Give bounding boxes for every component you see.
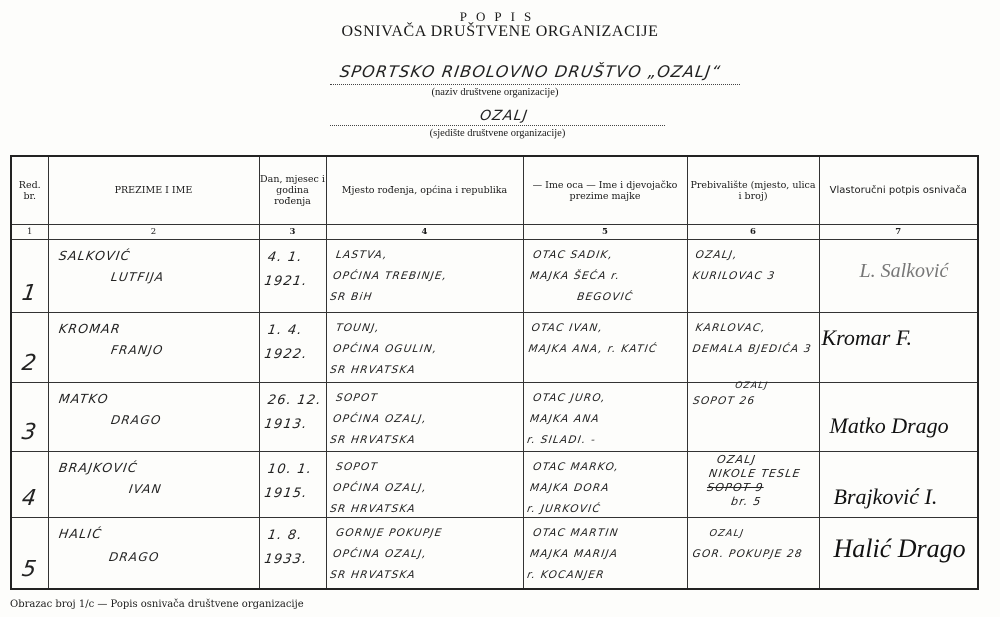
parents-line: OTAC SADIK,: [531, 245, 640, 266]
residence: OZALJNIKOLE TESLESOPOT 9br. 5: [690, 453, 804, 509]
document-subtitle: OSNIVAČA DRUŠTVENE ORGANIZACIJE: [0, 23, 1000, 41]
residence-line: OZALJ: [694, 379, 769, 394]
column-number: 5: [523, 225, 687, 240]
parents-line: OTAC IVAN,: [530, 318, 662, 339]
residence-line: OZALJ,: [694, 245, 780, 266]
table-row: 1 SALKOVIĆLUTFIJA 4. 1.1921. LASTVA,OPĆI…: [11, 240, 978, 313]
parents: OTAC MARTINMAJKA MARIJAr. KOCANJER: [525, 523, 622, 586]
parents-line: r. SILADI. -: [525, 430, 601, 451]
birthplace: TOUNJ,OPĆINA OGULIN,SR HRVATSKA: [328, 318, 441, 381]
parents-line: MAJKA ANA, r. KATIĆ: [527, 339, 659, 360]
birthplace-line: LASTVA,: [334, 245, 451, 266]
column-header-signature: Vlastoručni potpis osnivača: [819, 156, 978, 225]
given-name: IVAN: [128, 482, 163, 496]
birth-day-month: 1. 4.: [266, 319, 313, 343]
birth-day-month: 26. 12.: [266, 389, 323, 413]
signature: L. Salković: [860, 260, 949, 283]
given-name: DRAGO: [110, 413, 162, 427]
row-index: 1: [20, 281, 39, 306]
column-number-row: 1 2 3 4 5 6 7: [11, 225, 978, 240]
birthplace-line: SR HRVATSKA: [328, 360, 435, 381]
birthplace-line: SR HRVATSKA: [328, 430, 425, 451]
birth-date: 4. 1.1921.: [262, 246, 312, 294]
birth-day-month: 1. 8.: [266, 524, 313, 548]
residence-line: DEMALA BJEDIĆA 3: [691, 339, 813, 360]
residence-line: OZALJ: [694, 523, 807, 544]
form-footer: Obrazac broj 1/c — Popis osnivača društv…: [10, 599, 304, 610]
birthplace: GORNJE POKUPJEOPĆINA OZALJ,SR HRVATSKA: [328, 523, 443, 586]
signature: Halić Drago: [834, 534, 966, 564]
surname: HALIĆ: [57, 526, 102, 541]
birthplace-line: OPĆINA OGULIN,: [331, 339, 438, 360]
row-index: 4: [20, 486, 39, 511]
organization-seat-line: [330, 125, 665, 126]
parents-line: OTAC MARTIN: [531, 523, 622, 544]
birth-date: 1. 8.1933.: [262, 524, 312, 572]
surname: KROMAR: [57, 321, 121, 336]
column-header-birthplace: Mjesto rođenja, općina i republika: [326, 156, 523, 225]
column-number: 6: [687, 225, 819, 240]
row-index: 3: [20, 420, 39, 445]
organization-seat: OZALJ: [479, 108, 529, 124]
founders-table: Red. br. PREZIME I IME Dan, mjesec i god…: [10, 155, 979, 590]
given-name: DRAGO: [108, 550, 160, 564]
parents-line: OTAC MARKO,: [531, 457, 620, 478]
birthplace: SOPOTOPĆINA OZALJ,SR HRVATSKA: [328, 388, 431, 451]
parents-line: MAJKA ANA: [528, 409, 604, 430]
birthplace-line: OPĆINA OZALJ,: [331, 544, 440, 565]
birth-year: 1913.: [262, 413, 319, 437]
surname: BRAJKOVIĆ: [57, 460, 138, 475]
residence-line: NIKOLE TESLE: [694, 467, 802, 481]
birthplace: LASTVA,OPĆINA TREBINJE,SR BiH: [328, 245, 451, 308]
birth-day-month: 10. 1.: [266, 458, 314, 482]
column-number: 3: [259, 225, 326, 240]
birth-year: 1921.: [262, 270, 309, 294]
row-index: 2: [20, 351, 39, 376]
column-header-name: PREZIME I IME: [48, 156, 259, 225]
organization-name-line: [330, 84, 740, 85]
signature: Matko Drago: [830, 413, 949, 439]
signature: Kromar F.: [822, 325, 912, 351]
parents: OTAC MARKO,MAJKA DORAr. JURKOVIĆ: [525, 457, 620, 520]
row-index: 5: [20, 557, 39, 582]
table-row: 2 KROMARFRANJO 1. 4.1922. TOUNJ,OPĆINA O…: [11, 313, 978, 383]
parents-line: MAJKA MARIJA: [528, 544, 619, 565]
residence-line: br. 5: [690, 495, 798, 509]
parents-line: OTAC JURO,: [531, 388, 607, 409]
residence: OZALJSOPOT 26: [691, 379, 768, 409]
column-number: 7: [819, 225, 978, 240]
birthplace-line: TOUNJ,: [334, 318, 441, 339]
given-name: LUTFIJA: [110, 270, 165, 284]
birthplace-line: GORNJE POKUPJE: [334, 523, 443, 544]
birth-date: 1. 4.1922.: [262, 319, 312, 367]
column-number: 4: [326, 225, 523, 240]
birthplace-line: OPĆINA TREBINJE,: [331, 266, 448, 287]
birthplace-line: SOPOT: [334, 388, 431, 409]
parents: OTAC JURO,MAJKA ANAr. SILADI. -: [525, 388, 607, 451]
residence-line: GOR. POKUPJE 28: [691, 544, 804, 565]
residence: OZALJ,KURILOVAC 3: [691, 245, 780, 287]
table-header-row: Red. br. PREZIME I IME Dan, mjesec i god…: [11, 156, 978, 225]
parents-line: MAJKA ŠEĆA r.: [528, 266, 637, 287]
birthplace-line: SR HRVATSKA: [328, 565, 437, 586]
organization-name: SPORTSKO RIBOLOVNO DRUŠTVO „OZALJ“: [339, 62, 742, 81]
parents-line: BEGOVIĆ: [525, 287, 634, 308]
parents-line: MAJKA DORA: [528, 478, 617, 499]
birth-date: 10. 1.1915.: [262, 458, 313, 506]
column-number: 1: [11, 225, 48, 240]
birth-year: 1915.: [262, 482, 310, 506]
birth-year: 1933.: [262, 548, 309, 572]
table-row: 3 MATKODRAGO 26. 12.1913. SOPOTOPĆINA OZ…: [11, 383, 978, 452]
birth-year: 1922.: [262, 343, 309, 367]
given-name: FRANJO: [110, 343, 165, 357]
column-header-residence: Prebivalište (mjesto, ulica i broj): [687, 156, 819, 225]
birth-day-month: 4. 1.: [266, 246, 313, 270]
surname: MATKO: [57, 391, 109, 406]
parents: OTAC SADIK,MAJKA ŠEĆA r.BEGOVIĆ: [525, 245, 640, 308]
birth-date: 26. 12.1913.: [262, 389, 323, 437]
birthplace-line: SR BiH: [328, 287, 445, 308]
column-number: 2: [48, 225, 259, 240]
surname: SALKOVIĆ: [57, 248, 131, 263]
column-header-parents: — Ime oca — Ime i djevojačko prezime maj…: [523, 156, 687, 225]
birthplace-line: OPĆINA OZALJ,: [331, 478, 428, 499]
column-header-ordinal: Red. br.: [11, 156, 48, 225]
residence-line: SOPOT 26: [691, 394, 766, 409]
birthplace-line: SOPOT: [334, 457, 431, 478]
residence-line: KURILOVAC 3: [691, 266, 777, 287]
birthplace: SOPOTOPĆINA OZALJ,SR HRVATSKA: [328, 457, 431, 520]
parents-line: r. KOCANJER: [525, 565, 616, 586]
column-header-birthdate: Dan, mjesec i godina rođenja: [259, 156, 326, 225]
parents: OTAC IVAN,MAJKA ANA, r. KATIĆ: [527, 318, 662, 360]
birthplace-line: OPĆINA OZALJ,: [331, 409, 428, 430]
organization-name-caption: (naziv društvene organizacije): [330, 87, 660, 98]
residence: KARLOVAC,DEMALA BJEDIĆA 3: [691, 318, 816, 360]
table-row: 4 BRAJKOVIĆIVAN 10. 1.1915. SOPOTOPĆINA …: [11, 452, 978, 518]
table-row: 5 HALIĆDRAGO 1. 8.1933. GORNJE POKUPJEOP…: [11, 518, 978, 590]
residence-line: OZALJ: [695, 453, 803, 467]
residence-line-crossed-out: SOPOT 9: [692, 481, 800, 495]
signature: Brajković I.: [834, 484, 938, 510]
residence-line: KARLOVAC,: [694, 318, 816, 339]
residence: OZALJGOR. POKUPJE 28: [691, 523, 807, 565]
organization-seat-caption: (sjedište društvene organizacije): [330, 128, 665, 139]
